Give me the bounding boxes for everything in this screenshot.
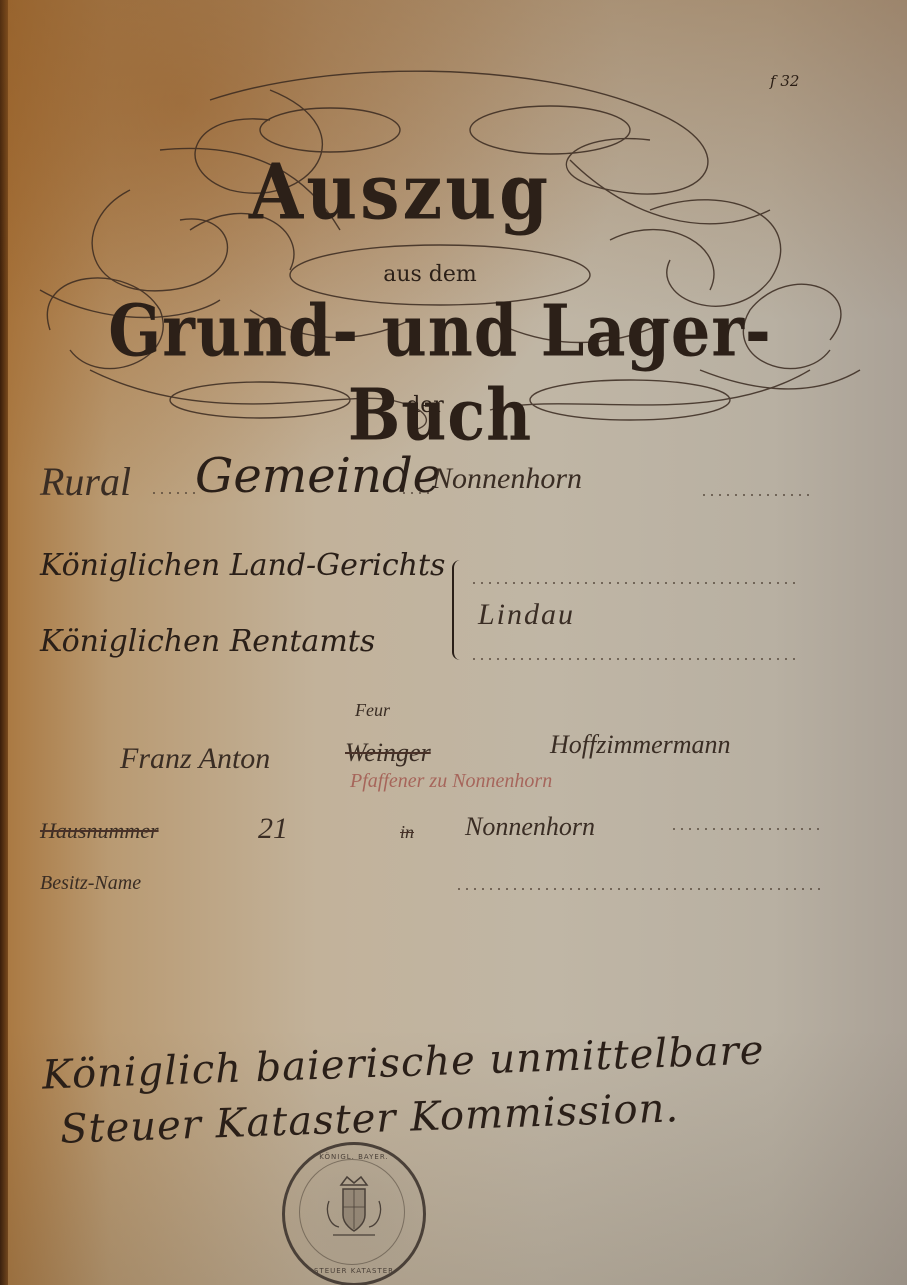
seal-inscription-bottom: STEUER KATASTER (285, 1267, 423, 1275)
location-value: Nonnenhorn (465, 812, 595, 842)
title-connector-der: der (390, 393, 460, 418)
owner-second-line-red-ink: Pfaffener zu Nonnenhorn (350, 770, 552, 793)
document-title: Auszug (190, 146, 610, 237)
authority-line-2: Steuer Kataster Kommission. (59, 1085, 679, 1153)
dotted-leader (470, 658, 800, 660)
district-value: Lindau (478, 598, 575, 632)
owner-struck-word: Weinger (345, 738, 431, 768)
gemeinde-label: Gemeinde (195, 448, 441, 504)
rentamt-label: Königlichen Rentamts (40, 624, 375, 659)
dotted-leader (455, 888, 825, 890)
land-gericht-label: Königlichen Land-Gerichts (40, 548, 445, 583)
dotted-leader (150, 492, 195, 494)
house-number-label: Hausnummer (40, 818, 159, 844)
grouping-brace (452, 560, 466, 660)
seal-inscription-top: KÖNIGL. BAYER. (285, 1153, 423, 1161)
besitz-name-label: Besitz-Name (40, 872, 141, 895)
dotted-leader (470, 582, 800, 584)
gemeinde-prefix-handwritten: Rural (40, 458, 131, 505)
dotted-leader (700, 494, 810, 496)
owner-name: Franz Anton (120, 742, 270, 776)
dotted-leader (400, 492, 430, 494)
owner-occupation: Hoffzimmermann (550, 730, 731, 760)
dotted-leader (670, 828, 820, 830)
location-prefix: in (400, 822, 414, 843)
register-title: Grund- und Lager-Buch (90, 289, 790, 457)
gemeinde-value: Nonnenhorn (432, 462, 582, 496)
coat-of-arms-icon (319, 1171, 389, 1251)
official-seal-stamp: KÖNIGL. BAYER. STEUER KATASTER (282, 1142, 426, 1285)
owner-insertion-above: Feur (355, 700, 390, 721)
title-connector-aus-dem: aus dem (360, 262, 500, 287)
house-number-value: 21 (258, 812, 288, 846)
book-spine-edge (0, 0, 8, 1285)
